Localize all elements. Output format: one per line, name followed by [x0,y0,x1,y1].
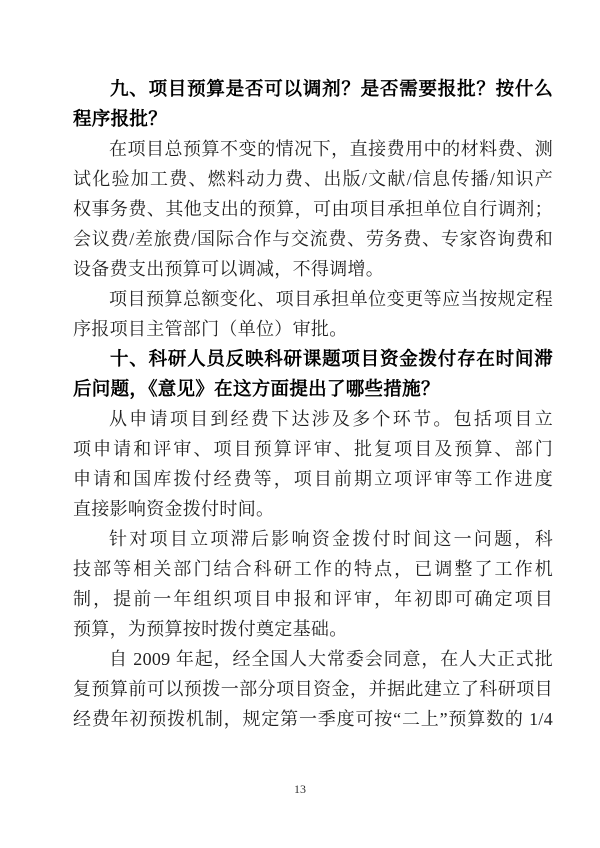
text-line: 在项目总预算不变的情况下，直接费用中的材料费、测 [73,134,553,164]
answer-10-paragraph-3: 自 2009 年起，经全国人大常委会同意，在人大正式批 复预算前可以预拨一部分项… [73,644,553,734]
heading-line: 九、项目预算是否可以调剂？是否需要报批？按什么 [73,74,553,104]
page-number: 13 [0,782,600,797]
text-line: 从申请项目到经费下达涉及多个环节。包括项目立 [73,404,553,434]
text-line: 试化验加工费、燃料动力费、出版/文献/信息传播/知识产 [73,164,553,194]
text-line: 设备费支出预算可以调减，不得调增。 [73,254,553,284]
text-line: 会议费/差旅费/国际合作与交流费、劳务费、专家咨询费和 [73,224,553,254]
text-line: 序报项目主管部门（单位）审批。 [73,314,553,344]
text-line: 经费年初预拨机制，规定第一季度可按“二上”预算数的 1/4 [73,704,553,734]
heading-line: 后问题，《意见》在这方面提出了哪些措施？ [73,374,553,404]
text-line: 自 2009 年起，经全国人大常委会同意，在人大正式批 [73,644,553,674]
text-line: 项申请和评审、项目预算评审、批复项目及预算、部门 [73,434,553,464]
text-line: 制，提前一年组织项目申报和评审，年初即可确定项目 [73,584,553,614]
text-line: 复预算前可以预拨一部分项目资金，并据此建立了科研项目 [73,674,553,704]
question-9-heading: 九、项目预算是否可以调剂？是否需要报批？按什么 程序报批？ [73,74,553,134]
text-line: 申请和国库拨付经费等，项目前期立项评审等工作进度 [73,464,553,494]
answer-10-paragraph-2: 针对项目立项滞后影响资金拨付时间这一问题，科 技部等相关部门结合科研工作的特点，… [73,524,553,644]
text-line: 针对项目立项滞后影响资金拨付时间这一问题，科 [73,524,553,554]
document-page: 九、项目预算是否可以调剂？是否需要报批？按什么 程序报批？ 在项目总预算不变的情… [0,0,600,848]
heading-line: 程序报批？ [73,104,553,134]
heading-line: 十、科研人员反映科研课题项目资金拨付存在时间滞 [73,344,553,374]
text-line: 项目预算总额变化、项目承担单位变更等应当按规定程 [73,284,553,314]
answer-10-paragraph-1: 从申请项目到经费下达涉及多个环节。包括项目立 项申请和评审、项目预算评审、批复项… [73,404,553,524]
text-line: 预算，为预算按时拨付奠定基础。 [73,614,553,644]
text-line: 权事务费、其他支出的预算，可由项目承担单位自行调剂； [73,194,553,224]
text-line: 直接影响资金拨付时间。 [73,494,553,524]
question-10-heading: 十、科研人员反映科研课题项目资金拨付存在时间滞 后问题，《意见》在这方面提出了哪… [73,344,553,404]
answer-9-paragraph-2: 项目预算总额变化、项目承担单位变更等应当按规定程 序报项目主管部门（单位）审批。 [73,284,553,344]
text-line: 技部等相关部门结合科研工作的特点，已调整了工作机 [73,554,553,584]
document-text-block: 九、项目预算是否可以调剂？是否需要报批？按什么 程序报批？ 在项目总预算不变的情… [73,74,553,734]
answer-9-paragraph-1: 在项目总预算不变的情况下，直接费用中的材料费、测 试化验加工费、燃料动力费、出版… [73,134,553,284]
